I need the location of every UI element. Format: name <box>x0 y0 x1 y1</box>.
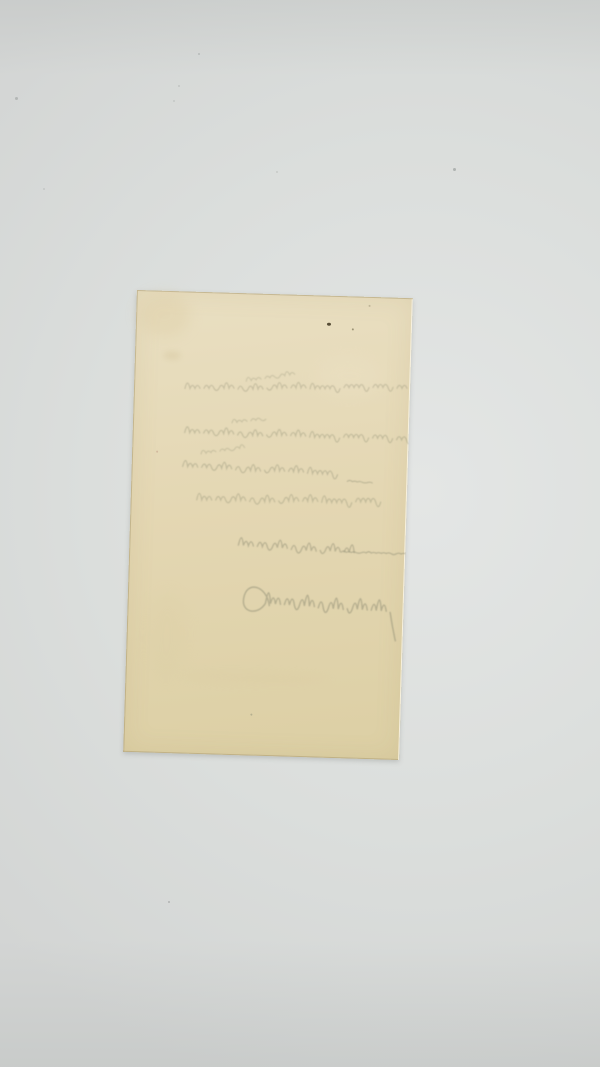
dust-speck <box>173 100 175 102</box>
handwriting-line-5 <box>238 538 358 557</box>
handwriting-dash-1 <box>347 480 376 483</box>
scene-caption: A blank aged cream paper card lying slig… <box>0 0 1 1</box>
dust-speck <box>198 53 200 55</box>
dust-speck <box>178 85 180 87</box>
handwriting-line-4 <box>197 493 385 507</box>
handwriting-signature <box>241 586 398 640</box>
handwriting-line-1 <box>185 382 411 393</box>
dust-speck <box>168 901 170 903</box>
handwriting-dash-2 <box>341 551 410 555</box>
handwriting-line-2 <box>185 427 413 445</box>
dust-speck <box>43 188 45 190</box>
paper-card <box>123 290 413 760</box>
handwriting-flourish-3 <box>201 444 249 455</box>
handwriting-flourish-1 <box>246 370 299 383</box>
handwriting-flourish-2 <box>232 415 270 424</box>
dust-speck <box>276 171 278 173</box>
handwriting-line-3 <box>182 460 341 479</box>
photograph-of-paper: A blank aged cream paper card lying slig… <box>0 0 600 1067</box>
dust-speck <box>15 97 18 100</box>
dust-speck <box>453 168 456 171</box>
handwriting-bleedthrough <box>123 290 413 760</box>
